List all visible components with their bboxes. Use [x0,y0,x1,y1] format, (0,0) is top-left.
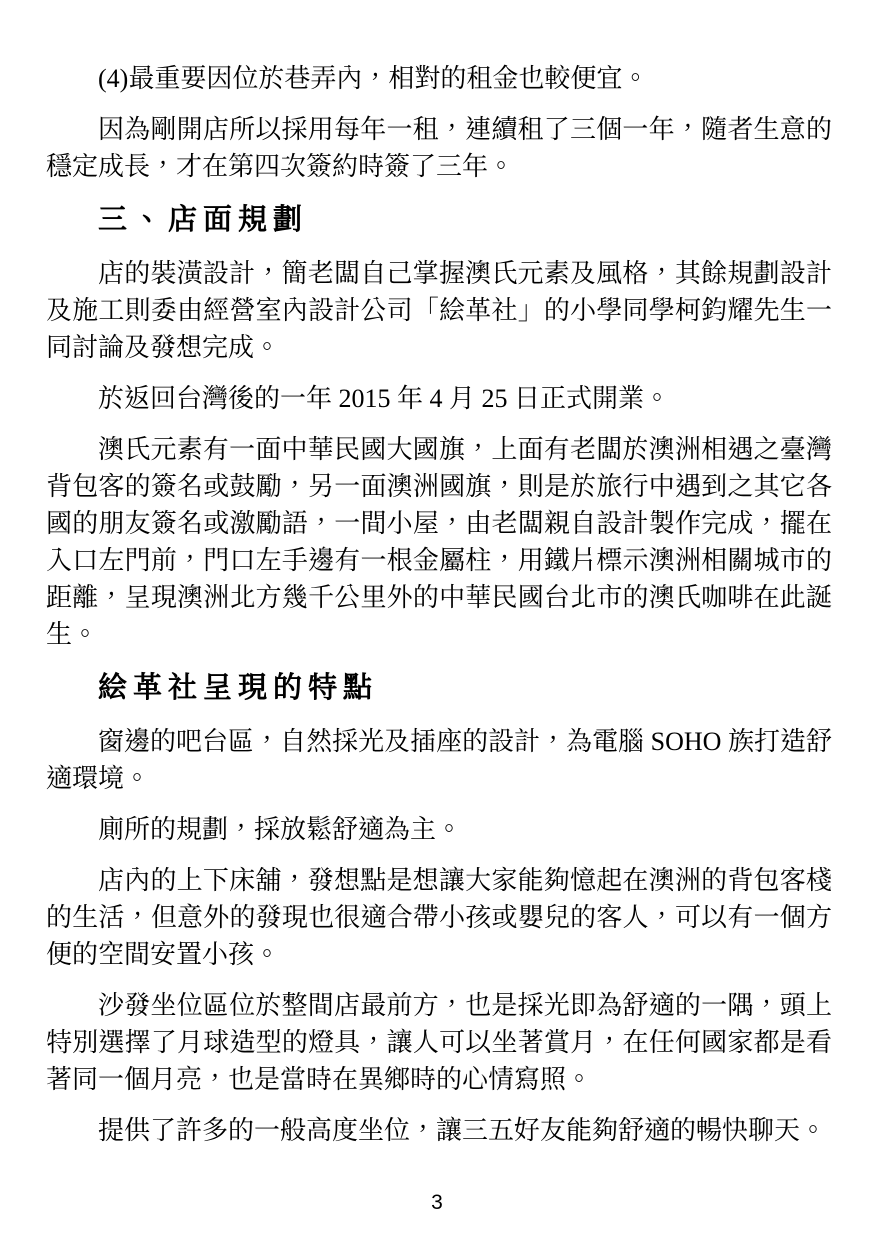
page-footer: 3 [0,1191,874,1215]
paragraph: (4)最重要因位於巷弄內，相對的租金也較便宜。 [46,60,832,97]
paragraph: 沙發坐位區位於整間店最前方，也是採光即為舒適的一隅，頭上特別選擇了月球造型的燈具… [46,987,832,1098]
paragraph: 廁所的規劃，採放鬆舒適為主。 [46,811,832,848]
document-content: (4)最重要因位於巷弄內，相對的租金也較便宜。 因為剛開店所以採用每年一租，連續… [0,0,874,1149]
paragraph: 窗邊的吧台區，自然採光及插座的設計，為電腦 SOHO 族打造舒適環境。 [46,723,832,797]
section-heading: 絵革社呈現的特點 [46,667,832,709]
paragraph: 店的裝潢設計，簡老闆自己掌握澳氏元素及風格，其餘規劃設計及施工則委由經營室內設計… [46,255,832,366]
paragraph: 澳氏元素有一面中華民國大國旗，上面有老闆於澳洲相遇之臺灣背包客的簽名或鼓勵，另一… [46,431,832,653]
page-number: 3 [431,1191,443,1214]
paragraph: 因為剛開店所以採用每年一租，連續租了三個一年，隨者生意的穩定成長，才在第四次簽約… [46,111,832,185]
document-page: (4)最重要因位於巷弄內，相對的租金也較便宜。 因為剛開店所以採用每年一租，連續… [0,0,874,1241]
paragraph: 於返回台灣後的一年 2015 年 4 月 25 日正式開業。 [46,380,832,417]
section-heading: 三、店面規劃 [46,199,832,241]
paragraph: 店內的上下床舖，發想點是想讓大家能夠憶起在澳洲的背包客棧的生活，但意外的發現也很… [46,862,832,973]
paragraph: 提供了許多的一般高度坐位，讓三五好友能夠舒適的暢快聊天。 [46,1112,832,1149]
